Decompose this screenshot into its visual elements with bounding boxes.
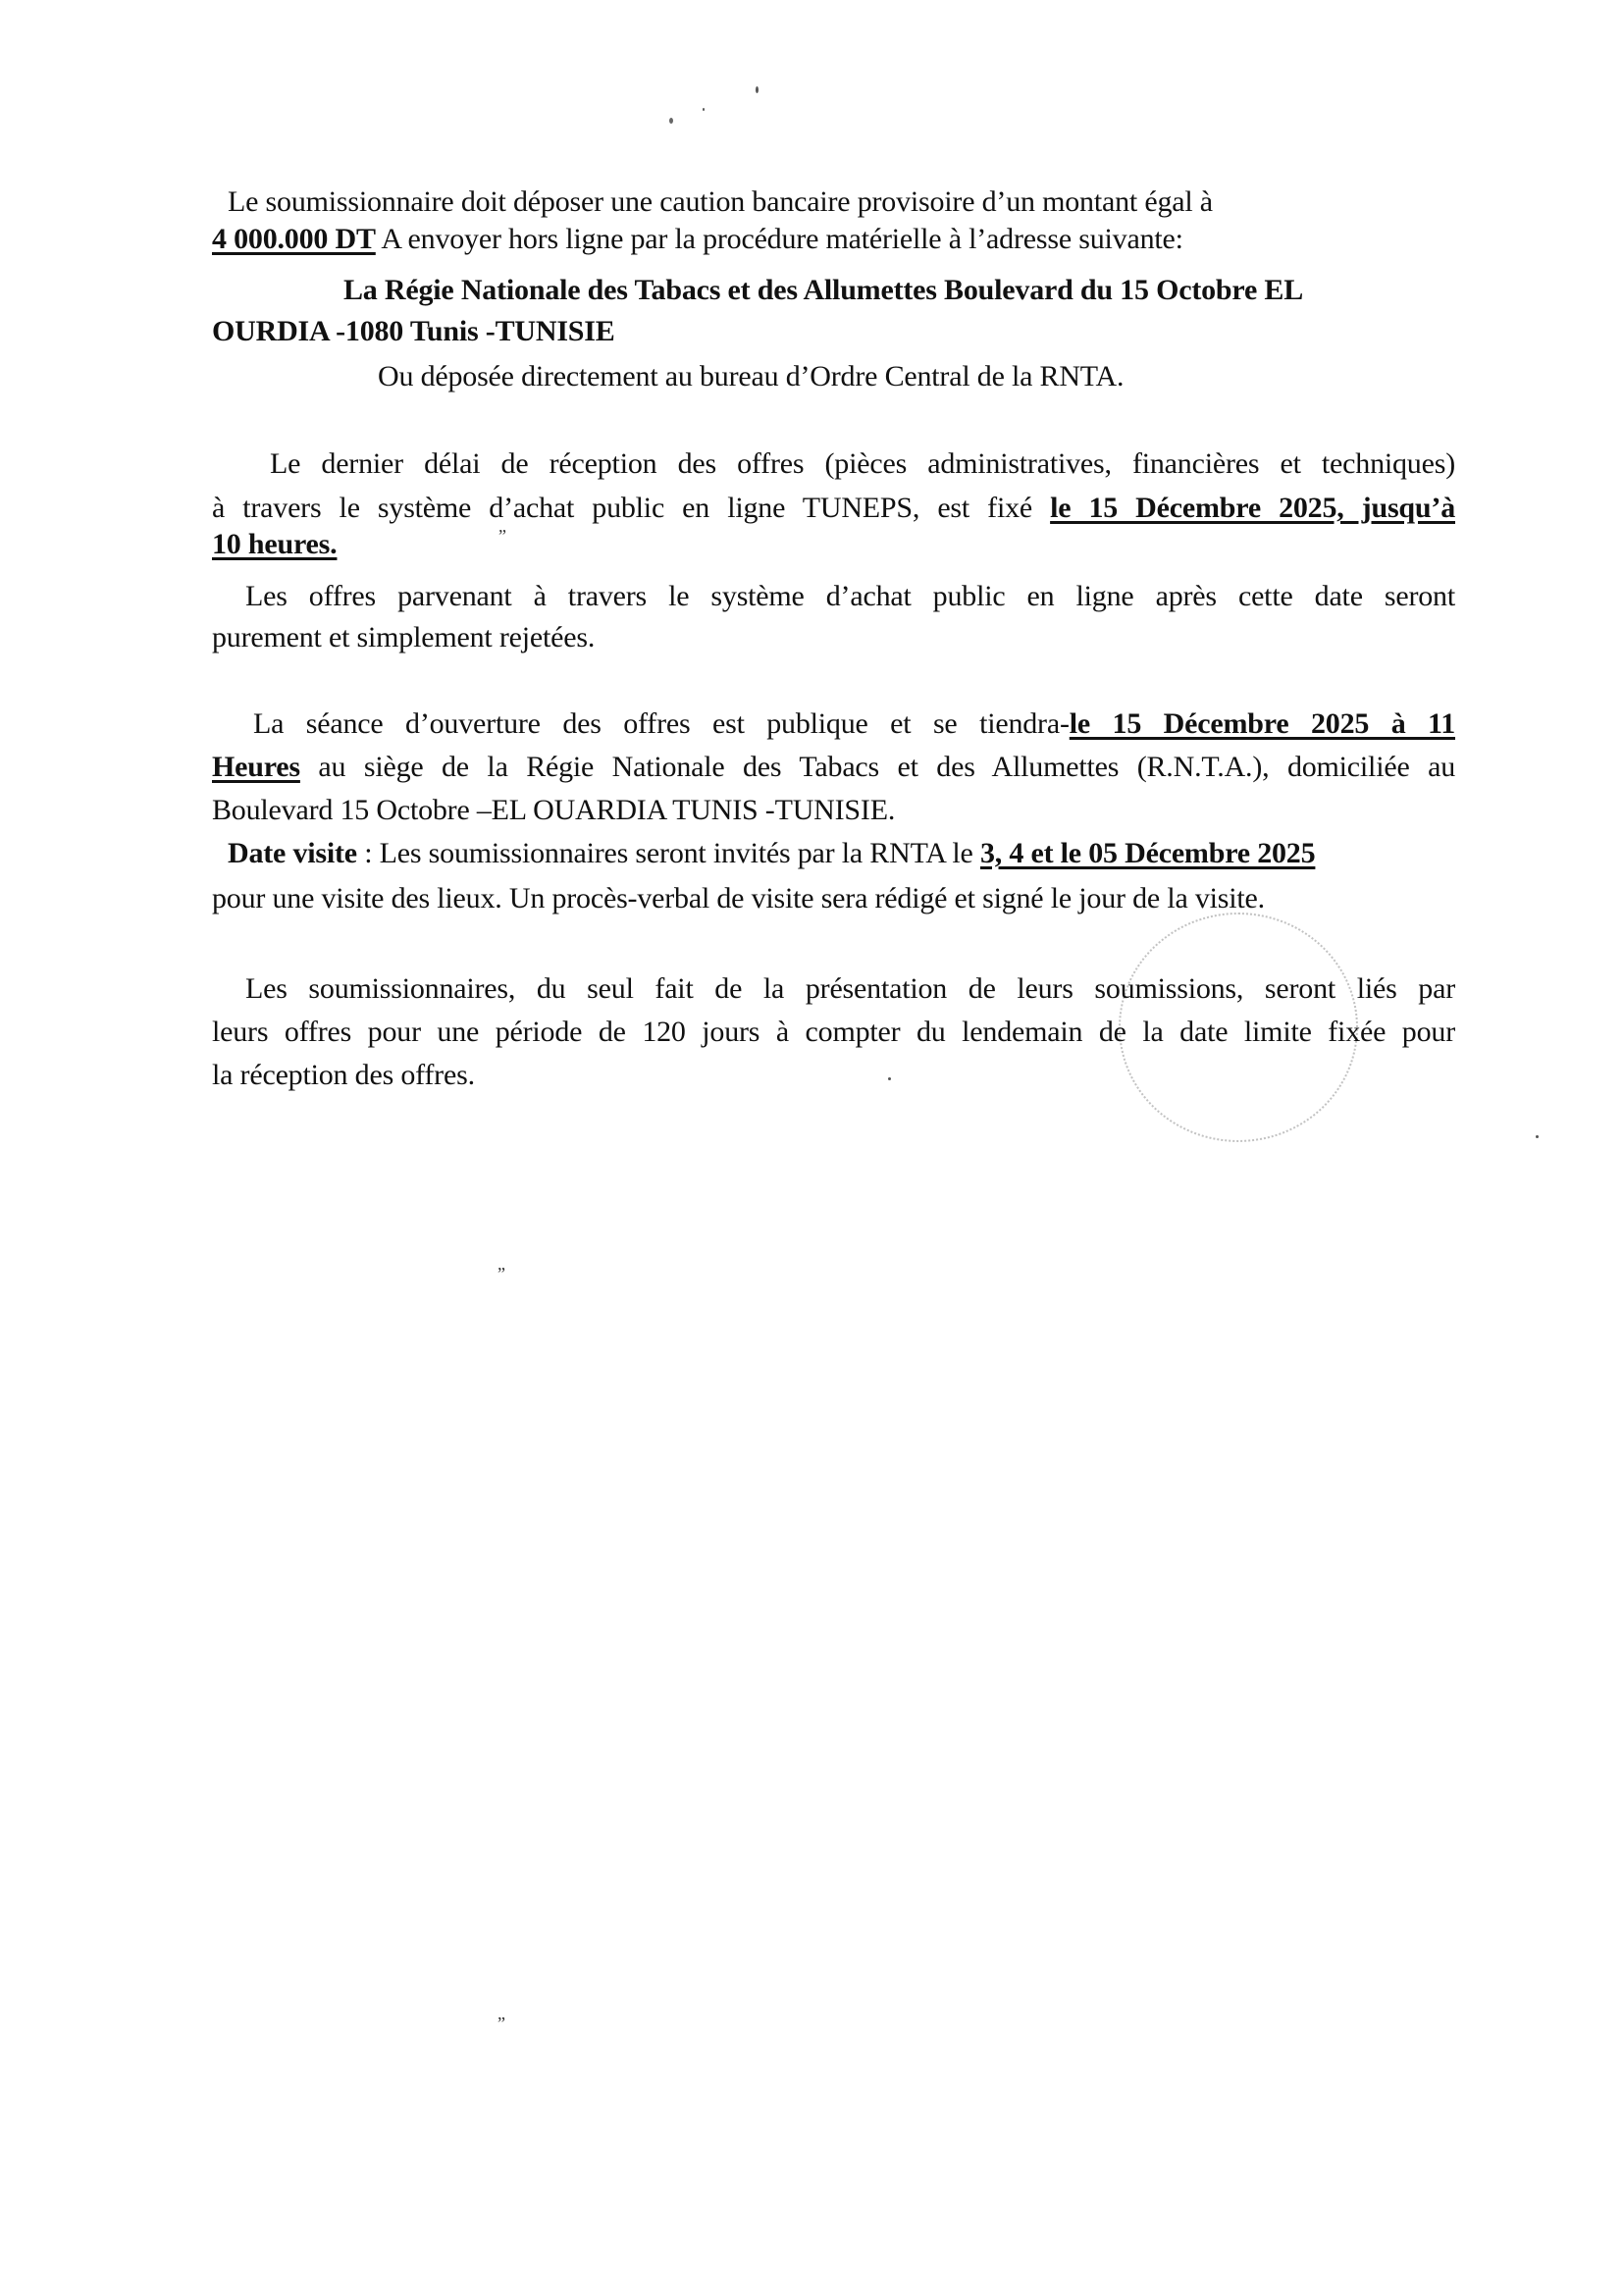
scan-mark: ”: [497, 1264, 505, 1284]
rejection-line-1: Les offres parvenant à travers le systèm…: [245, 579, 1455, 614]
address-line-2: OURDIA -1080 Tunis -TUNISIE: [212, 314, 615, 349]
opening-date: le 15 Décembre 2025 à 11: [1070, 707, 1455, 740]
deposit-note: Ou déposée directement au bureau d’Ordre…: [378, 359, 1124, 394]
scan-speck: [669, 118, 673, 124]
deadline-intro: à travers le système d’achat public en l…: [212, 492, 1050, 524]
scan-speck: [703, 108, 705, 111]
visit-line-2: pour une visite des lieux. Un procès-ver…: [212, 881, 1265, 916]
address-line-1: La Régie Nationale des Tabacs et des All…: [343, 273, 1303, 308]
opening-line-3: Boulevard 15 Octobre –EL OUARDIA TUNIS -…: [212, 793, 895, 828]
deadline-date: le 15 Décembre 2025, jusqu’à: [1050, 492, 1455, 524]
rejection-line-2: purement et simplement rejetées.: [212, 620, 595, 655]
caution-send-instructions: A envoyer hors ligne par la procédure ma…: [376, 223, 1183, 255]
scan-speck: [1536, 1135, 1539, 1138]
caution-amount: 4 000.000 DT: [212, 223, 376, 255]
opening-line-2: Heures au siège de la Régie Nationale de…: [212, 750, 1455, 785]
opening-line-1: La séance d’ouverture des offres est pub…: [253, 706, 1455, 742]
document-page: Le soumissionnaire doit déposer une caut…: [0, 0, 1623, 2296]
scan-mark: ”: [497, 2013, 505, 2034]
visit-label: Date visite: [228, 837, 357, 869]
opening-intro: La séance d’ouverture des offres est pub…: [253, 707, 1070, 740]
scan-mark: ”: [498, 526, 506, 547]
caution-line-1: Le soumissionnaire doit déposer une caut…: [228, 184, 1213, 220]
validity-line-2: leurs offres pour une période de 120 jou…: [212, 1015, 1455, 1050]
deadline-line-1: Le dernier délai de réception des offres…: [270, 446, 1455, 482]
validity-line-1: Les soumissionnaires, du seul fait de la…: [245, 971, 1455, 1007]
visit-line-1: Date visite : Les soumissionnaires seron…: [228, 836, 1315, 871]
deadline-time: 10 heures.: [212, 527, 337, 562]
validity-line-3: la réception des offres.: [212, 1058, 475, 1093]
opening-location: au siège de la Régie Nationale des Tabac…: [300, 751, 1455, 783]
opening-hour: Heures: [212, 751, 300, 783]
caution-line-2: 4 000.000 DT A envoyer hors ligne par la…: [212, 222, 1183, 257]
visit-text: : Les soumissionnaires seront invités pa…: [357, 837, 980, 869]
scan-speck: [888, 1077, 891, 1080]
scan-speck: [756, 86, 759, 93]
deadline-line-2: à travers le système d’achat public en l…: [212, 491, 1455, 526]
visit-dates: 3, 4 et le 05 Décembre 2025: [980, 837, 1315, 869]
